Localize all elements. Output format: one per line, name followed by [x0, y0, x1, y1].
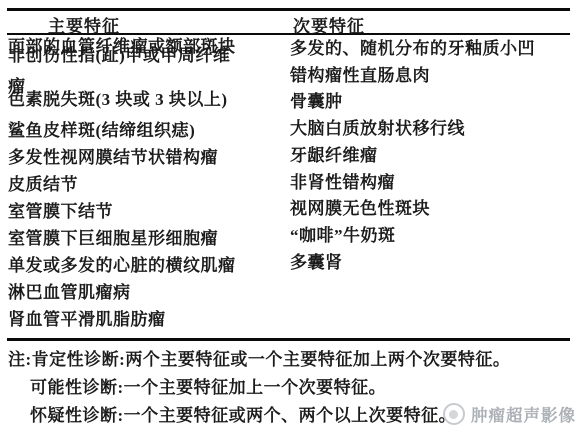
column-header-major: 主要特征 — [48, 12, 120, 37]
table-bottom-rule — [7, 338, 570, 341]
minor-feature-item: 牙龈纤维瘤 — [290, 146, 378, 165]
major-feature-line: 单发或多发的心脏的横纹肌瘤 — [8, 256, 236, 275]
major-feature-line: 皮质结节 — [8, 175, 78, 194]
watermark-label: 肿瘤超声影像 — [471, 402, 576, 426]
major-feature-line: 室管膜下结节 — [8, 202, 113, 221]
minor-feature-item: 视网膜无色性斑块 — [290, 199, 430, 218]
note-line-suspected: 怀疑性诊断:一个主要特征或两个、两个以上次要特征。 — [30, 406, 456, 425]
table-page: 主要特征 次要特征 面部的血管纤维瘤或额部斑块 非创伤性指(趾)甲或甲周纤维 瘤… — [0, 0, 576, 442]
minor-feature-item: 骨囊肿 — [290, 92, 343, 111]
note-line-definite: 注:肯定性诊断:两个主要特征或一个主要特征加上两个次要特征。 — [8, 350, 510, 369]
major-feature-line: 室管膜下巨细胞星形细胞瘤 — [8, 229, 218, 248]
watermark: 肿瘤超声影像 — [443, 402, 576, 426]
major-feature-line: 淋巴血管肌瘤病 — [8, 283, 131, 302]
minor-feature-item: 大脑白质放射状移行线 — [290, 119, 465, 138]
table-top-rule — [7, 8, 570, 11]
minor-feature-item: 非肾性错构瘤 — [290, 173, 395, 192]
note-line-probable: 可能性诊断:一个主要特征加上一个次要特征。 — [30, 378, 386, 397]
major-feature-line: 色素脱失斑(3 块或 3 块以上) — [8, 90, 228, 109]
major-feature-line: 多发性视网膜结节状错构瘤 — [8, 148, 218, 167]
minor-feature-item: 错构瘤性直肠息肉 — [290, 66, 430, 85]
major-feature-line: 非创伤性指(趾)甲或甲周纤维 — [8, 46, 230, 65]
minor-feature-item: 多发的、随机分布的牙釉质小凹 — [290, 39, 535, 58]
column-header-minor: 次要特征 — [293, 12, 365, 37]
minor-feature-item: “咖啡”牛奶斑 — [290, 226, 396, 245]
minor-feature-item: 多囊肾 — [290, 253, 343, 272]
watermark-logo-icon — [443, 403, 465, 425]
major-feature-line: 肾血管平滑肌脂肪瘤 — [8, 310, 166, 329]
major-feature-line: 鲨鱼皮样斑(结缔组织痣) — [8, 121, 195, 140]
